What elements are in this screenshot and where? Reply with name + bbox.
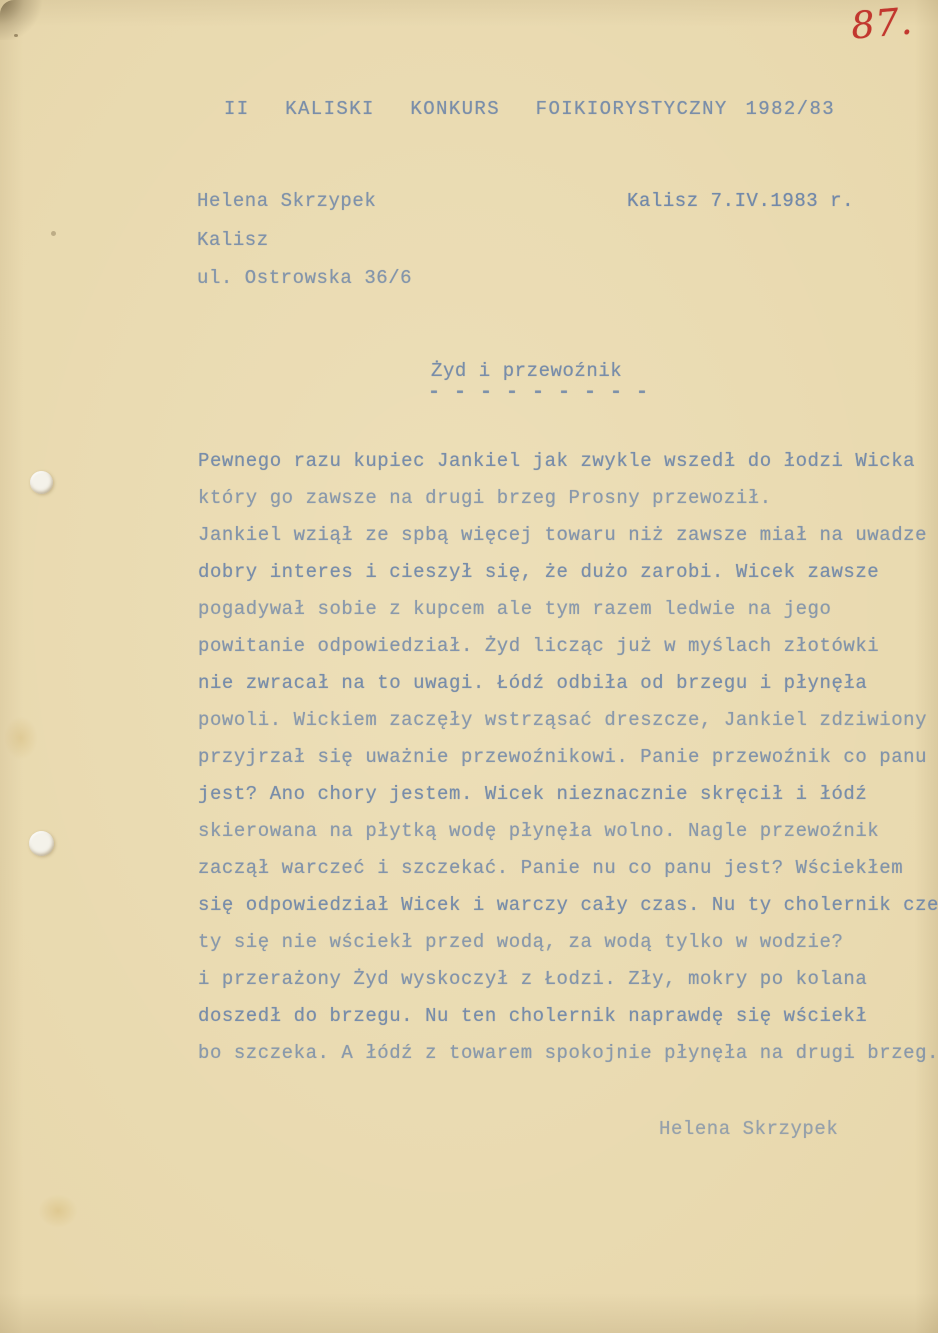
body-line: i przerażony Żyd wyskoczył z Łodzi. Zły,… <box>198 961 938 998</box>
dateline: Kalisz 7.IV.1983 r. <box>627 190 854 212</box>
paper-speck <box>14 34 18 37</box>
document-header: II KALISKI KONKURS FOIKIORYSTYCZNY 1982/… <box>224 98 835 120</box>
body-line: skierowana na płytką wodę płynęła wolno.… <box>198 813 938 850</box>
body-line: Pewnego razu kupiec Jankiel jak zwykle w… <box>198 443 938 480</box>
body-line: Jankiel wziął ze spbą więcej towaru niż … <box>198 517 938 554</box>
punch-hole <box>30 471 53 494</box>
body-line: przyjrzał się uważnie przewoźnikowi. Pan… <box>198 739 938 776</box>
story-body: Pewnego razu kupiec Jankiel jak zwykle w… <box>198 443 938 1072</box>
paper-stain <box>38 1194 78 1228</box>
body-line: się odpowiedział Wicek i warczy cały cza… <box>198 887 938 924</box>
paper-speck <box>51 231 56 236</box>
body-line: powoli. Wickiem zaczęły wstrząsać dreszc… <box>198 702 938 739</box>
sender-name: Helena Skrzypek <box>197 190 376 212</box>
body-line: powitanie odpowiedział. Żyd licząc już w… <box>198 628 938 665</box>
body-line: dobry interes i cieszył się, że dużo zar… <box>198 554 938 591</box>
sender-city: Kalisz <box>197 229 269 251</box>
paper-stain <box>4 716 38 760</box>
body-line: który go zawsze na drugi brzeg Prosny pr… <box>198 480 938 517</box>
body-line: jest? Ano chory jestem. Wicek nieznaczni… <box>198 776 938 813</box>
body-line: doszedł do brzegu. Nu ten cholernik napr… <box>198 998 938 1035</box>
body-line: zaczął warczeć i szczekać. Panie nu co p… <box>198 850 938 887</box>
punch-hole <box>29 831 54 856</box>
body-line: nie zwracał na to uwagi. Łódź odbiła od … <box>198 665 938 702</box>
body-line: bo szczeka. A łódź z towarem spokojnie p… <box>198 1035 938 1072</box>
story-title: Żyd i przewoźnik <box>431 360 622 382</box>
page-corner-shadow <box>0 0 46 40</box>
handwritten-page-number: 87. <box>849 0 914 48</box>
body-line: pogadywał sobie z kupcem ale tym razem l… <box>198 591 938 628</box>
body-line: ty się nie wściekł przed wodą, za wodą t… <box>198 924 938 961</box>
signature: Helena Skrzypek <box>659 1118 838 1140</box>
sender-street: ul. Ostrowska 36/6 <box>197 267 412 289</box>
title-underline-dashes: - - - - - - - - - <box>428 381 649 404</box>
scanned-page: 87. II KALISKI KONKURS FOIKIORYSTYCZNY 1… <box>0 0 938 1333</box>
